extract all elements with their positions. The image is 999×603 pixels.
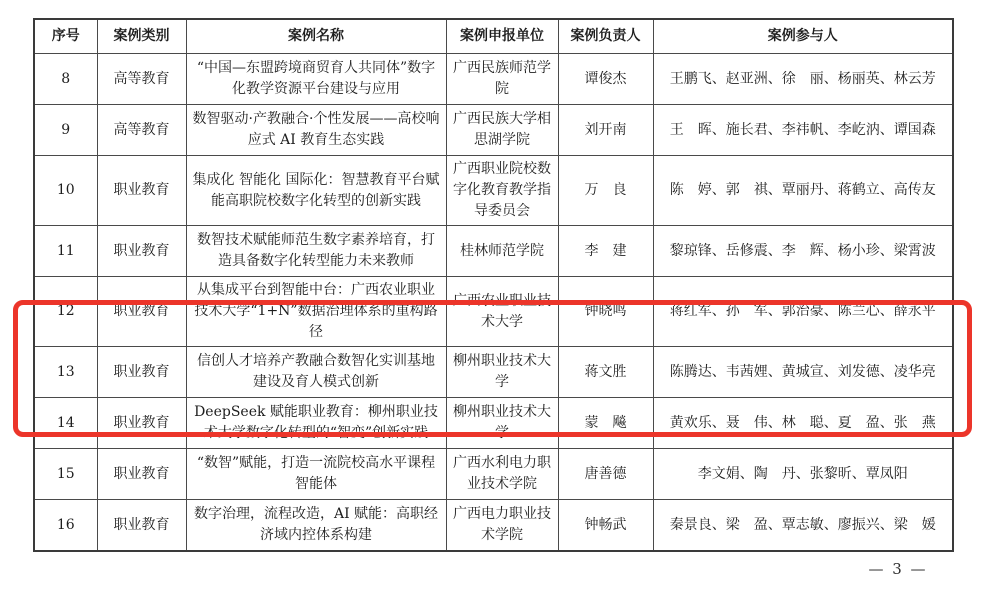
column-header: 序号 [34, 19, 97, 54]
cell-category: 高等教育 [97, 54, 186, 105]
cell-no: 16 [34, 500, 97, 552]
cell-unit: 广西职业院校数字化教育教学指导委员会 [446, 156, 558, 226]
cell-name: “中国—东盟跨境商贸育人共同体”数字化教学资源平台建设与应用 [186, 54, 446, 105]
table-row: 15职业教育“数智”赋能，打造一流院校高水平课程智能体广西水利电力职业技术学院唐… [34, 449, 953, 500]
cell-name: 数字治理，流程改造，AI 赋能：高职经济域内控体系构建 [186, 500, 446, 552]
cell-name: 数智驱动·产教融合·个性发展——高校响应式 AI 教育生态实践 [186, 105, 446, 156]
cell-no: 14 [34, 398, 97, 449]
cell-category: 职业教育 [97, 277, 186, 347]
cell-leader: 钟畅武 [558, 500, 653, 552]
column-header: 案例参与人 [653, 19, 953, 54]
cell-unit: 柳州职业技术大学 [446, 347, 558, 398]
cell-name: “数智”赋能，打造一流院校高水平课程智能体 [186, 449, 446, 500]
cell-participants: 陈腾达、韦茜娌、黄城宣、刘发德、凌华亮 [653, 347, 953, 398]
cell-participants: 王 晖、施长君、李祎帆、李屹汭、谭国森 [653, 105, 953, 156]
cell-participants: 李文娟、陶 丹、张黎昕、覃凤阳 [653, 449, 953, 500]
cell-name: 信创人才培养产教融合数智化实训基地建设及育人模式创新 [186, 347, 446, 398]
table-row: 13职业教育信创人才培养产教融合数智化实训基地建设及育人模式创新柳州职业技术大学… [34, 347, 953, 398]
cell-category: 职业教育 [97, 500, 186, 552]
cell-leader: 谭俊杰 [558, 54, 653, 105]
cell-unit: 广西水利电力职业技术学院 [446, 449, 558, 500]
column-header: 案例名称 [186, 19, 446, 54]
cell-leader: 钟晓鸣 [558, 277, 653, 347]
header-row: 序号案例类别案例名称案例申报单位案例负责人案例参与人 [34, 19, 953, 54]
cell-participants: 陈 婷、郭 祺、覃丽丹、蒋鹤立、高传友 [653, 156, 953, 226]
cell-unit: 柳州职业技术大学 [446, 398, 558, 449]
cell-category: 职业教育 [97, 347, 186, 398]
cell-leader: 唐善德 [558, 449, 653, 500]
cell-category: 职业教育 [97, 226, 186, 277]
cell-name: DeepSeek 赋能职业教育：柳州职业技术大学数字化转型的“智变”创新实践 [186, 398, 446, 449]
table-row: 16职业教育数字治理，流程改造，AI 赋能：高职经济域内控体系构建广西电力职业技… [34, 500, 953, 552]
cell-category: 职业教育 [97, 449, 186, 500]
cell-name: 数智技术赋能师范生数字素养培育，打造具备数字化转型能力未来教师 [186, 226, 446, 277]
cell-no: 12 [34, 277, 97, 347]
cell-unit: 广西电力职业技术学院 [446, 500, 558, 552]
cell-unit: 广西民族大学相思湖学院 [446, 105, 558, 156]
cell-participants: 黄欢乐、聂 伟、林 聪、夏 盈、张 燕 [653, 398, 953, 449]
document-page: 序号案例类别案例名称案例申报单位案例负责人案例参与人 8高等教育“中国—东盟跨境… [0, 0, 999, 603]
cell-participants: 黎琼锋、岳修震、李 辉、杨小珍、梁霄波 [653, 226, 953, 277]
cell-leader: 蒙 飚 [558, 398, 653, 449]
column-header: 案例负责人 [558, 19, 653, 54]
page-number: — 3 — [843, 560, 953, 578]
cell-no: 11 [34, 226, 97, 277]
cell-no: 13 [34, 347, 97, 398]
cell-leader: 李 建 [558, 226, 653, 277]
cell-no: 10 [34, 156, 97, 226]
cell-name: 集成化 智能化 国际化：智慧教育平台赋能高职院校数字化转型的创新实践 [186, 156, 446, 226]
cell-leader: 万 良 [558, 156, 653, 226]
cell-no: 9 [34, 105, 97, 156]
table-row: 8高等教育“中国—东盟跨境商贸育人共同体”数字化教学资源平台建设与应用广西民族师… [34, 54, 953, 105]
table-row: 14职业教育DeepSeek 赋能职业教育：柳州职业技术大学数字化转型的“智变”… [34, 398, 953, 449]
cell-participants: 王鹏飞、赵亚洲、徐 丽、杨丽英、林云芳 [653, 54, 953, 105]
table-body: 8高等教育“中国—东盟跨境商贸育人共同体”数字化教学资源平台建设与应用广西民族师… [34, 54, 953, 552]
cell-no: 8 [34, 54, 97, 105]
cell-participants: 蒋红军、孙 军、郭治豪、陈兰心、薛永平 [653, 277, 953, 347]
table-row: 9高等教育数智驱动·产教融合·个性发展——高校响应式 AI 教育生态实践广西民族… [34, 105, 953, 156]
cell-no: 15 [34, 449, 97, 500]
cell-category: 职业教育 [97, 398, 186, 449]
cases-table: 序号案例类别案例名称案例申报单位案例负责人案例参与人 8高等教育“中国—东盟跨境… [33, 18, 954, 552]
cell-name: 从集成平台到智能中台：广西农业职业技术大学“1+N”数据治理体系的重构路径 [186, 277, 446, 347]
cell-participants: 秦景良、梁 盈、覃志敏、廖振兴、梁 媛 [653, 500, 953, 552]
table-row: 10职业教育集成化 智能化 国际化：智慧教育平台赋能高职院校数字化转型的创新实践… [34, 156, 953, 226]
cell-unit: 广西农业职业技术大学 [446, 277, 558, 347]
cell-unit: 桂林师范学院 [446, 226, 558, 277]
column-header: 案例类别 [97, 19, 186, 54]
cell-category: 职业教育 [97, 156, 186, 226]
cell-category: 高等教育 [97, 105, 186, 156]
table-row: 11职业教育数智技术赋能师范生数字素养培育，打造具备数字化转型能力未来教师桂林师… [34, 226, 953, 277]
cell-leader: 蒋文胜 [558, 347, 653, 398]
column-header: 案例申报单位 [446, 19, 558, 54]
table-row: 12职业教育从集成平台到智能中台：广西农业职业技术大学“1+N”数据治理体系的重… [34, 277, 953, 347]
cell-unit: 广西民族师范学院 [446, 54, 558, 105]
cell-leader: 刘开南 [558, 105, 653, 156]
